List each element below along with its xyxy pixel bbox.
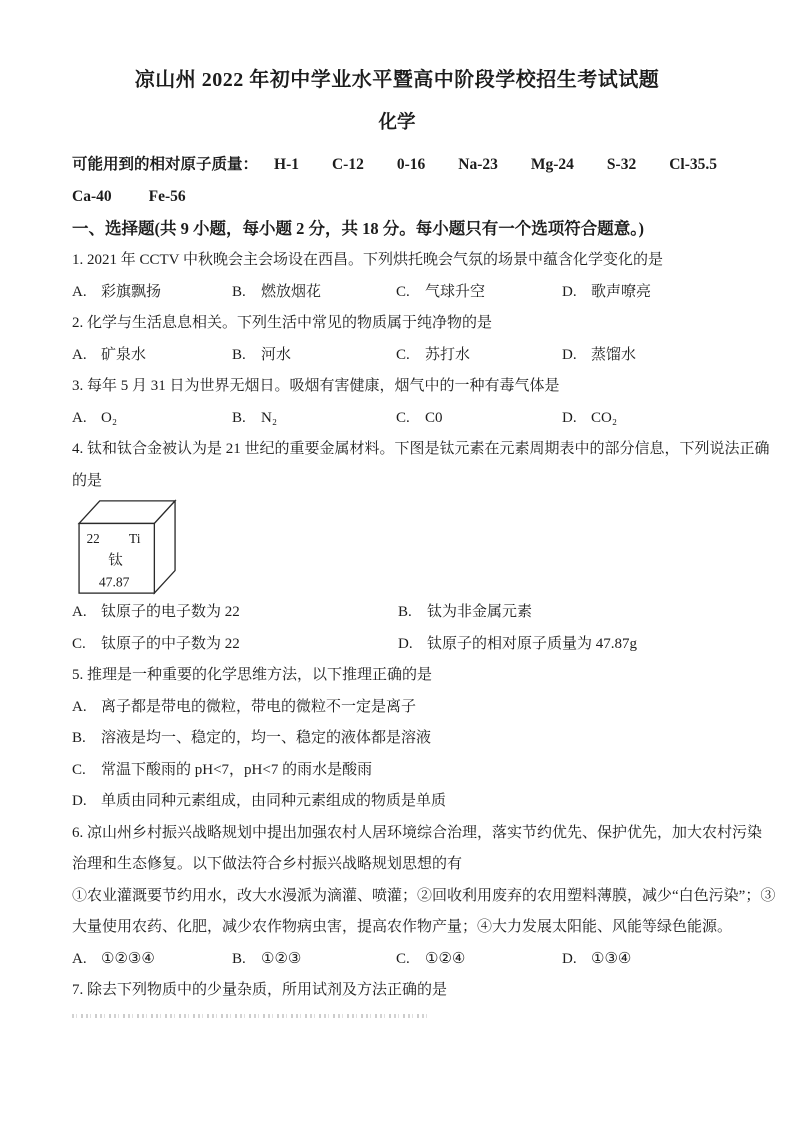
option-text: 钛为非金属元素 [427,604,532,620]
mass-item: Fe-56 [149,181,186,213]
q4-option-a: A.钛原子的电子数为 22 [72,597,398,629]
element-atomic-number: 22 [87,531,100,546]
q5-stem: 5. 推理是一种重要的化学思维方法，以下推理正确的是 [72,660,722,692]
option-text: 气球升空 [425,284,485,300]
option-label-a: A. [72,403,92,435]
q1-stem: 1. 2021 年 CCTV 中秋晚会主会场设在西昌。下列烘托晚会气氛的场景中蕴… [72,245,722,277]
q6-stem-line-1: 6. 凉山州乡村振兴战略规划中提出加强农村人居环境综合治理，落实节约优先、保护优… [72,818,722,850]
option-text: C0 [425,410,443,426]
option-text: 单质由同种元素组成，由同种元素组成的物质是单质 [101,793,446,809]
option-label-a: A. [72,340,92,372]
option-text: 矿泉水 [101,347,146,363]
q6-option-c: C.①②④ [396,944,562,976]
option-text: 常温下酸雨的 pH<7，pH<7 的雨水是酸雨 [101,762,372,778]
option-text: 苏打水 [425,347,470,363]
mass-item: H-1 [274,149,299,181]
q1-options: A.彩旗飘扬 B.燃放烟花 C.气球升空 D.歌声嘹亮 [72,277,722,309]
option-label-b: B. [398,597,418,629]
option-text: ①②③ [261,951,301,967]
q1-option-b: B.燃放烟花 [232,277,396,309]
mass-item: C-12 [332,149,364,181]
q6-option-d: D.①③④ [562,944,722,976]
option-label-d: D. [562,403,582,435]
q4-option-b: B.钛为非金属元素 [398,597,722,629]
option-label-a: A. [72,597,92,629]
q4-options-row-1: A.钛原子的电子数为 22 B.钛为非金属元素 [72,597,722,629]
section-1-heading: 一、选择题(共 9 小题，每小题 2 分，共 18 分。每小题只有一个选项符合题… [72,213,722,245]
q2-options: A.矿泉水 B.河水 C.苏打水 D.蒸馏水 [72,340,722,372]
option-label-c: C. [72,755,92,787]
q2-option-b: B.河水 [232,340,396,372]
option-text: O₂ [101,410,117,426]
option-text: 河水 [261,347,291,363]
q5-option-d: D.单质由同种元素组成，由同种元素组成的物质是单质 [72,786,722,818]
atomic-mass-label: 可能用到的相对原子质量： [72,149,258,181]
q2-option-c: C.苏打水 [396,340,562,372]
q1-option-d: D.歌声嘹亮 [562,277,722,309]
option-text: 歌声嘹亮 [591,284,651,300]
option-label-d: D. [72,786,92,818]
q3-option-c: C.C0 [396,403,562,435]
q2-option-a: A.矿泉水 [72,340,232,372]
option-label-b: B. [232,403,252,435]
atomic-mass-line-1: 可能用到的相对原子质量： H-1 C-12 0-16 Na-23 Mg-24 S… [72,149,722,181]
q4-options-row-2: C.钛原子的中子数为 22 D.钛原子的相对原子质量为 47.87g [72,629,722,661]
element-mass: 47.87 [99,575,130,590]
mass-item: S-32 [607,149,636,181]
q2-option-d: D.蒸馏水 [562,340,722,372]
option-label-c: C. [396,403,416,435]
exam-paper-page: 凉山州 2022 年初中学业水平暨高中阶段学校招生考试试题 化学 可能用到的相对… [0,0,793,1122]
page-cutoff-artifact [72,1014,428,1018]
option-label-c: C. [396,340,416,372]
exam-subject: 化学 [72,108,722,138]
option-text: 燃放烟花 [261,284,321,300]
option-text: CO₂ [591,410,617,426]
option-label-b: B. [232,277,252,309]
titanium-element-cube-icon: 22 Ti 钛 47.87 [74,499,182,595]
option-label-d: D. [562,340,582,372]
option-label-b: B. [232,944,252,976]
option-label-c: C. [396,944,416,976]
mass-item: Cl-35.5 [669,149,717,181]
q1-option-a: A.彩旗飘扬 [72,277,232,309]
option-text: ①②③④ [101,951,155,967]
q3-option-b: B.N₂ [232,403,396,435]
atomic-mass-line-2: Ca-40 Fe-56 [72,181,722,213]
q4-stem-line-2: 的是 [72,466,722,498]
option-label-d: D. [562,277,582,309]
q4-stem-line-1: 4. 钛和钛合金被认为是 21 世纪的重要金属材料。下图是钛元素在元素周期表中的… [72,434,722,466]
mass-item: Ca-40 [72,181,112,213]
option-text: ①②④ [425,951,465,967]
q5-option-c: C.常温下酸雨的 pH<7，pH<7 的雨水是酸雨 [72,755,722,787]
option-label-c: C. [396,277,416,309]
option-text: ①③④ [591,951,631,967]
q6-numbered-items-line-1: ①农业灌溉要节约用水，改大水漫派为滴灌、喷灌；②回收利用废弃的农用塑料薄膜，减少… [72,881,722,913]
option-text: N₂ [261,410,277,426]
q7-stem: 7. 除去下列物质中的少量杂质，所用试剂及方法正确的是 [72,975,722,1007]
option-text: 蒸馏水 [591,347,636,363]
q4-option-d: D.钛原子的相对原子质量为 47.87g [398,629,722,661]
option-text: 彩旗飘扬 [101,284,161,300]
option-label-a: A. [72,692,92,724]
option-label-a: A. [72,944,92,976]
q6-option-a: A.①②③④ [72,944,232,976]
exam-title: 凉山州 2022 年初中学业水平暨高中阶段学校招生考试试题 [72,64,722,96]
q3-option-a: A.O₂ [72,403,232,435]
q5-option-a: A.离子都是带电的微粒，带电的微粒不一定是离子 [72,692,722,724]
q6-numbered-items-line-2: 大量使用农药、化肥，减少农作物病虫害，提高农作物产量；④大力发展太阳能、风能等绿… [72,912,722,944]
q1-option-c: C.气球升空 [396,277,562,309]
option-label-d: D. [398,629,418,661]
option-text: 钛原子的电子数为 22 [101,604,240,620]
q2-stem: 2. 化学与生活息息相关。下列生活中常见的物质属于纯净物的是 [72,308,722,340]
q3-stem: 3. 每年 5 月 31 日为世界无烟日。吸烟有害健康，烟气中的一种有毒气体是 [72,371,722,403]
q3-options: A.O₂ B.N₂ C.C0 D.CO₂ [72,403,722,435]
option-text: 溶液是均一、稳定的，均一、稳定的液体都是溶液 [101,730,431,746]
q6-options: A.①②③④ B.①②③ C.①②④ D.①③④ [72,944,722,976]
option-label-c: C. [72,629,92,661]
q5-option-b: B.溶液是均一、稳定的，均一、稳定的液体都是溶液 [72,723,722,755]
option-label-d: D. [562,944,582,976]
element-name: 钛 [108,551,123,569]
mass-item: Na-23 [458,149,498,181]
option-text: 钛原子的相对原子质量为 47.87g [427,636,637,652]
option-text: 钛原子的中子数为 22 [101,636,240,652]
option-label-b: B. [232,340,252,372]
mass-item: Mg-24 [531,149,574,181]
option-label-b: B. [72,723,92,755]
q4-element-cube-figure: 22 Ti 钛 47.87 [72,497,722,597]
option-text: 离子都是带电的微粒，带电的微粒不一定是离子 [101,699,416,715]
mass-item: 0-16 [397,149,425,181]
q6-option-b: B.①②③ [232,944,396,976]
q6-stem-line-2: 治理和生态修复。以下做法符合乡村振兴战略规划思想的有 [72,849,722,881]
q3-option-d: D.CO₂ [562,403,722,435]
q4-option-c: C.钛原子的中子数为 22 [72,629,398,661]
element-symbol: Ti [129,531,141,546]
option-label-a: A. [72,277,92,309]
